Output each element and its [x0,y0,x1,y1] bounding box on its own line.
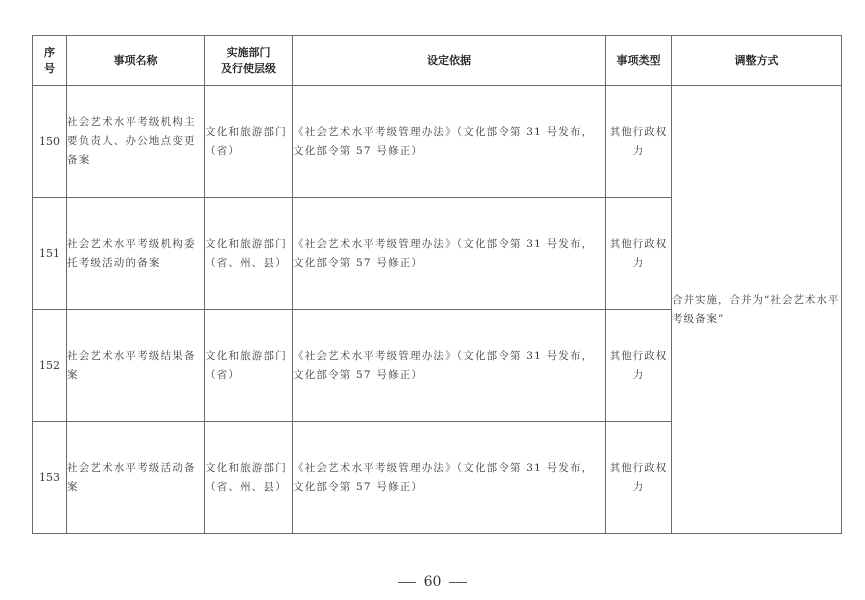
adjustment-method: 合并实施，合并为“社会艺术水平考级备案” [672,86,842,534]
page-footer: 60 [0,574,865,590]
table-row: 150 社会艺术水平考级机构主要负责人、办公地点变更备案 文化和旅游部门（省） … [33,86,842,198]
legal-basis: 《社会艺术水平考级管理办法》（文化部令第 31 号发布，文化部令第 57 号修正… [293,198,606,310]
matter-type: 其他行政权力 [606,198,672,310]
table-header-row: 序 号 事项名称 实施部门 及行使层级 设定依据 事项类型 调整方式 [33,36,842,86]
row-number: 150 [33,86,67,198]
header-type: 事项类型 [606,36,672,86]
matter-name: 社会艺术水平考级机构委托考级活动的备案 [67,198,205,310]
implementing-department: 文化和旅游部门（省） [205,310,293,422]
matters-table: 序 号 事项名称 实施部门 及行使层级 设定依据 事项类型 调整方式 150 社… [32,35,842,534]
header-adjust: 调整方式 [672,36,842,86]
matter-name: 社会艺术水平考级活动备案 [67,422,205,534]
header-seq-line1: 序 [33,45,66,61]
row-number: 152 [33,310,67,422]
implementing-department: 文化和旅游部门（省、州、县） [205,198,293,310]
header-dept-line1: 实施部门 [205,45,292,61]
implementing-department: 文化和旅游部门（省） [205,86,293,198]
legal-basis: 《社会艺术水平考级管理办法》（文化部令第 31 号发布，文化部令第 57 号修正… [293,422,606,534]
row-number: 151 [33,198,67,310]
matter-type: 其他行政权力 [606,422,672,534]
matter-type: 其他行政权力 [606,86,672,198]
matter-name: 社会艺术水平考级结果备案 [67,310,205,422]
matter-type: 其他行政权力 [606,310,672,422]
implementing-department: 文化和旅游部门（省、州、县） [205,422,293,534]
header-name: 事项名称 [67,36,205,86]
dash-left [398,582,416,583]
header-basis: 设定依据 [293,36,606,86]
header-seq-line2: 号 [33,61,66,77]
header-dept: 实施部门 及行使层级 [205,36,293,86]
legal-basis: 《社会艺术水平考级管理办法》（文化部令第 31 号发布，文化部令第 57 号修正… [293,310,606,422]
header-seq: 序 号 [33,36,67,86]
header-dept-line2: 及行使层级 [205,61,292,77]
page-number: 60 [424,574,442,590]
dash-right [449,582,467,583]
row-number: 153 [33,422,67,534]
matter-name: 社会艺术水平考级机构主要负责人、办公地点变更备案 [67,86,205,198]
legal-basis: 《社会艺术水平考级管理办法》（文化部令第 31 号发布，文化部令第 57 号修正… [293,86,606,198]
